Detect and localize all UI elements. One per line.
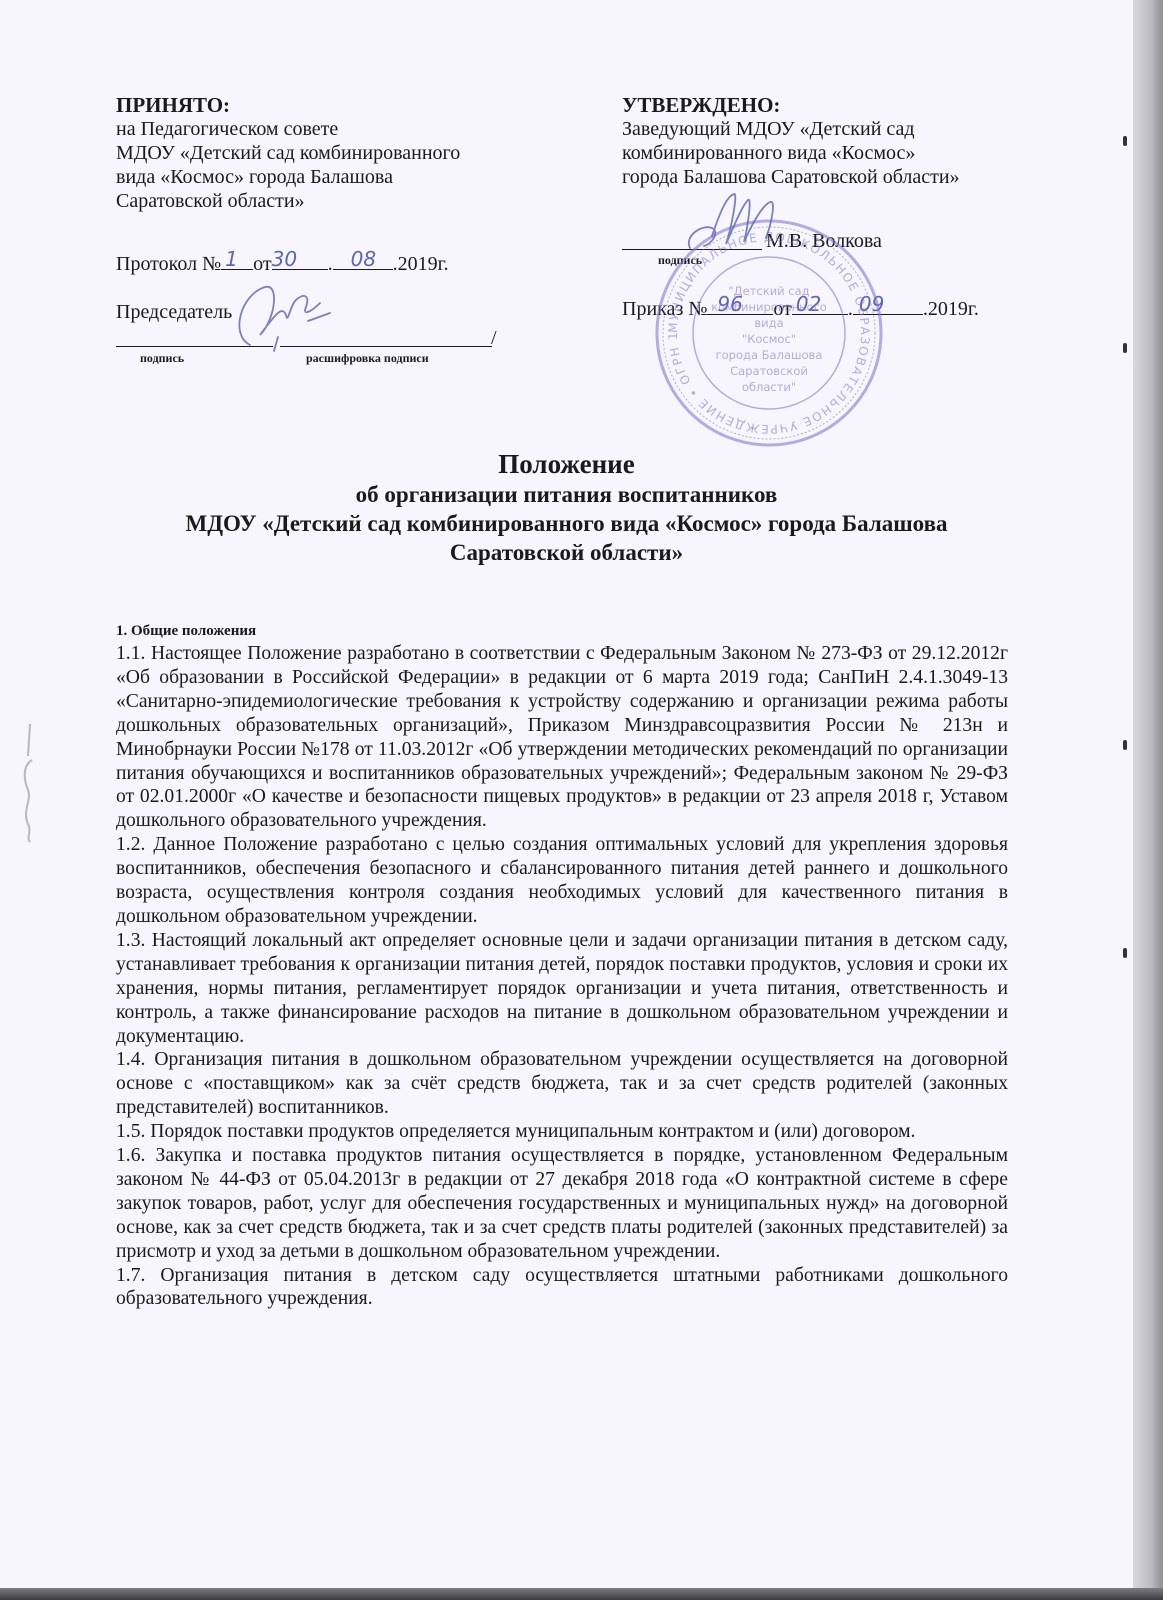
- accepted-block: ПРИНЯТО: на Педагогическом совете МДОУ «…: [116, 93, 536, 213]
- punch-mark: [1123, 136, 1127, 146]
- document-title: Положение: [0, 448, 1133, 480]
- paragraph: 1.5. Порядок поставки продуктов определя…: [116, 1120, 1008, 1144]
- approved-block: УТВЕРЖДЕНО: Заведующий МДОУ «Детский сад…: [622, 93, 1042, 189]
- paragraph: 1.4. Организация питания в дошкольном об…: [116, 1048, 1008, 1120]
- chairman-label: Председатель: [116, 300, 232, 324]
- accepted-caption: ПРИНЯТО:: [116, 93, 536, 117]
- paragraph: 1.7. Организация питания в детском саду …: [116, 1264, 1008, 1312]
- document-subtitle: об организации питания воспитанников: [0, 481, 1133, 508]
- punch-mark: [1123, 948, 1127, 958]
- punch-mark: [1123, 740, 1127, 750]
- protocol-year: .2019г.: [393, 253, 449, 275]
- scanned-page: ПРИНЯТО: на Педагогическом совете МДОУ «…: [0, 0, 1133, 1588]
- section-heading: 1. Общие положения: [116, 620, 1008, 642]
- protocol-month: 08: [351, 247, 376, 271]
- accepted-line: Саратовской области»: [116, 189, 536, 213]
- svg-text:"Детский сад: "Детский сад: [728, 284, 809, 298]
- signature-caption: подпись: [140, 351, 184, 366]
- svg-text:области": области": [742, 380, 796, 394]
- protocol-from: от: [253, 253, 271, 275]
- paragraph: 1.6. Закупка и поставка продуктов питани…: [116, 1144, 1008, 1264]
- approved-line: комбинированного вида «Космос»: [622, 141, 1042, 165]
- scanner-edge-bottom: [0, 1588, 1163, 1600]
- head-signature-icon: [682, 186, 792, 266]
- svg-text:вида: вида: [754, 316, 783, 330]
- protocol-month-field: 08: [333, 249, 393, 270]
- svg-text:Саратовской: Саратовской: [730, 364, 808, 378]
- protocol-line: Протокол №1от30.08.2019г.: [116, 249, 449, 276]
- document-subtitle: МДОУ «Детский сад комбинированного вида …: [0, 510, 1133, 537]
- protocol-number: 1: [225, 247, 238, 271]
- protocol-day: 30: [272, 247, 297, 271]
- slash: /: [491, 327, 497, 350]
- approved-line: Заведующий МДОУ «Детский сад: [622, 117, 1042, 141]
- protocol-number-field: 1: [221, 249, 253, 270]
- svg-text:комбинированного: комбинированного: [711, 300, 827, 314]
- paragraph: 1.1. Настоящее Положение разработано в с…: [116, 642, 1008, 833]
- scanner-edge-right: [1133, 0, 1163, 1600]
- paragraph: 1.2. Данное Положение разработано с цель…: [116, 833, 1008, 929]
- protocol-day-field: 30: [272, 249, 328, 270]
- order-year: .2019г.: [923, 298, 979, 320]
- approved-caption: УТВЕРЖДЕНО:: [622, 93, 1042, 117]
- accepted-line: МДОУ «Детский сад комбинированного: [116, 141, 536, 165]
- section-general-provisions: 1. Общие положения 1.1. Настоящее Положе…: [116, 620, 1008, 1311]
- paragraph: 1.3. Настоящий локальный акт определяет …: [116, 929, 1008, 1049]
- svg-text:города Балашова: города Балашова: [716, 348, 823, 362]
- accepted-line: на Педагогическом совете: [116, 117, 536, 141]
- punch-mark: [1123, 343, 1127, 353]
- document-subtitle: Саратовской области»: [0, 539, 1133, 566]
- accepted-line: вида «Космос» города Балашова: [116, 165, 536, 189]
- chairman-signature-icon: [220, 275, 340, 360]
- binding-thread-icon: [18, 720, 40, 880]
- svg-text:"Космос": "Космос": [742, 332, 796, 346]
- protocol-prefix: Протокол №: [116, 253, 221, 275]
